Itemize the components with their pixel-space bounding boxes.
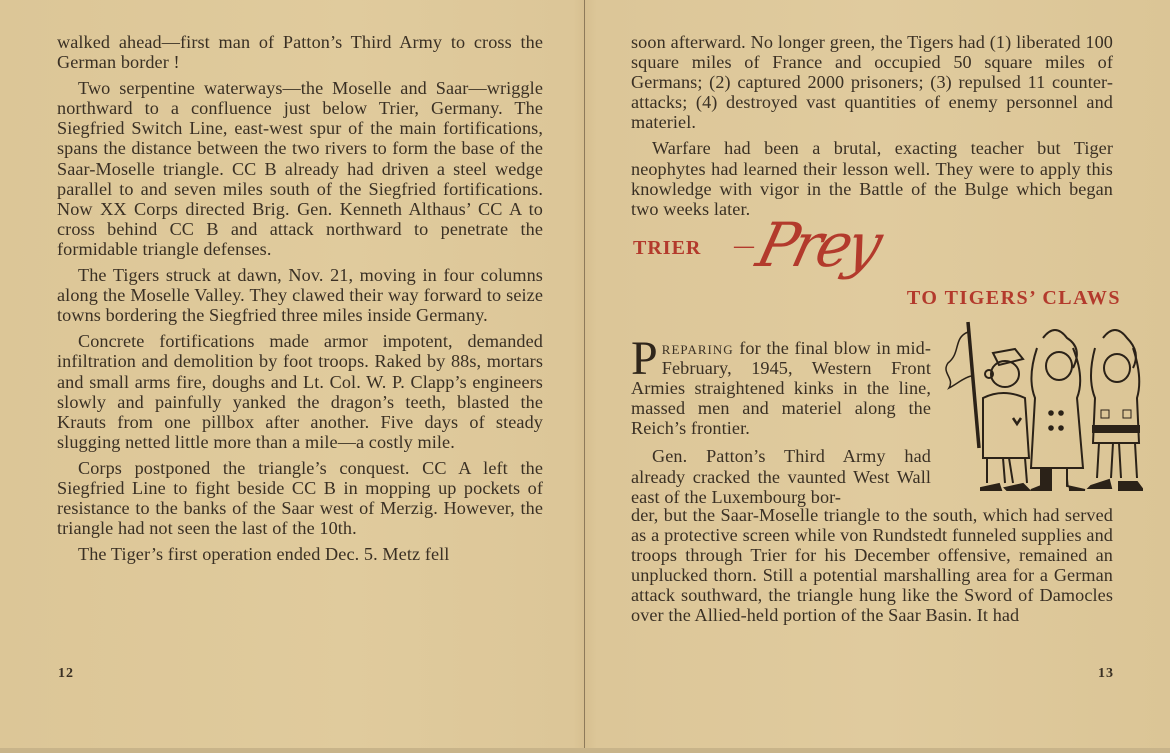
wide-text-block: der, but the Saar-Moselle triangle to th… bbox=[631, 505, 1113, 626]
paragraph: Concrete fortifications made armor impot… bbox=[57, 331, 543, 452]
paragraph: der, but the Saar-Moselle triangle to th… bbox=[631, 505, 1113, 626]
page-number: 12 bbox=[58, 666, 74, 682]
heading-trier: TRIER bbox=[633, 237, 701, 260]
paragraph: Two serpentine waterways—the Moselle and… bbox=[57, 78, 543, 259]
paragraph-dropcap: Preparing for the final blow in mid-Febr… bbox=[631, 338, 931, 438]
left-text-column: walked ahead—first man of Patton’s Third… bbox=[57, 32, 543, 564]
right-text-column: soon afterward. No longer green, the Tig… bbox=[631, 32, 1113, 219]
small-caps-lead: reparing bbox=[662, 338, 734, 358]
book-spread: walked ahead—first man of Patton’s Third… bbox=[0, 0, 1170, 753]
paragraph: The Tigers struck at dawn, Nov. 21, movi… bbox=[57, 265, 543, 325]
paragraph: Corps postponed the triangle’s conquest.… bbox=[57, 458, 543, 538]
left-page: walked ahead—first man of Patton’s Third… bbox=[0, 0, 584, 748]
paragraph: soon afterward. No longer green, the Tig… bbox=[631, 32, 1113, 132]
page-bottom-edge bbox=[0, 748, 1170, 753]
surrendering-soldiers-illustration bbox=[943, 318, 1143, 500]
heading-script-prey: Prey bbox=[750, 209, 886, 280]
heading-dash: — bbox=[734, 235, 754, 258]
paragraph: walked ahead—first man of Patton’s Third… bbox=[57, 32, 543, 72]
drop-cap: P bbox=[631, 340, 658, 378]
page-number: 13 bbox=[1098, 666, 1114, 682]
paragraph: Gen. Patton’s Third Army had already cra… bbox=[631, 446, 931, 506]
narrow-text-block: Preparing for the final blow in mid-Febr… bbox=[631, 338, 931, 507]
section-heading: TRIER — Prey TO TIGERS’ CLAWS bbox=[631, 225, 1121, 315]
paragraph: Warfare had been a brutal, exacting teac… bbox=[631, 138, 1113, 218]
heading-subtitle: TO TIGERS’ CLAWS bbox=[907, 287, 1121, 310]
paragraph: The Tiger’s first operation ended Dec. 5… bbox=[57, 544, 543, 564]
